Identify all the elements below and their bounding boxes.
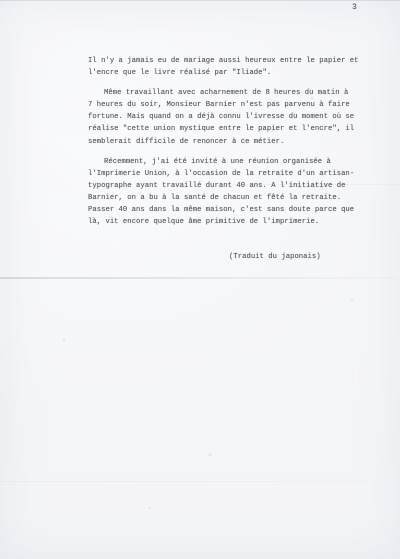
paragraph: Récemment, j'ai été invité à une réunion… — [88, 156, 362, 229]
text-line: réalise "cette union mystique entre le p… — [88, 123, 362, 135]
closing-line: (Traduit du japonais) — [229, 253, 321, 261]
text-line: Il n'y a jamais eu de mariage aussi heur… — [88, 55, 362, 67]
text-line: Récemment, j'ai été invité à une réunion… — [88, 156, 362, 168]
text-line: fortune. Mais quand on a déjà connu l'iv… — [88, 111, 362, 123]
paragraph: Il n'y a jamais eu de mariage aussi heur… — [88, 55, 362, 79]
document-text: Il n'y a jamais eu de mariage aussi heur… — [88, 55, 362, 228]
scanned-page: 3 Il n'y a jamais eu de mariage aussi he… — [0, 0, 400, 559]
paper-crease — [0, 481, 400, 482]
text-line: Passer 40 ans dans la même maison, c'est… — [88, 204, 362, 216]
text-line: Barnier, on a bu à la santé de chacun et… — [88, 192, 362, 204]
text-line: l'Imprimerie Union, à l'occasion de la r… — [88, 168, 362, 180]
paragraph: Même travaillant avec acharnement de 8 h… — [88, 87, 362, 147]
text-line: là, vit encore quelque âme primitive de … — [88, 216, 362, 228]
paper-crease — [0, 277, 400, 279]
text-line: semblerait difficile de renoncer à ce mé… — [88, 136, 362, 148]
text-line: 7 heures du soir, Monsieur Barnier n'est… — [88, 99, 362, 111]
text-line: typographe ayant travaillé durant 40 ans… — [88, 180, 362, 192]
text-line: Même travaillant avec acharnement de 8 h… — [88, 87, 362, 99]
page-number: 3 — [352, 3, 357, 12]
text-line: l'encre que le livre réalisé par "Iliade… — [88, 67, 362, 79]
